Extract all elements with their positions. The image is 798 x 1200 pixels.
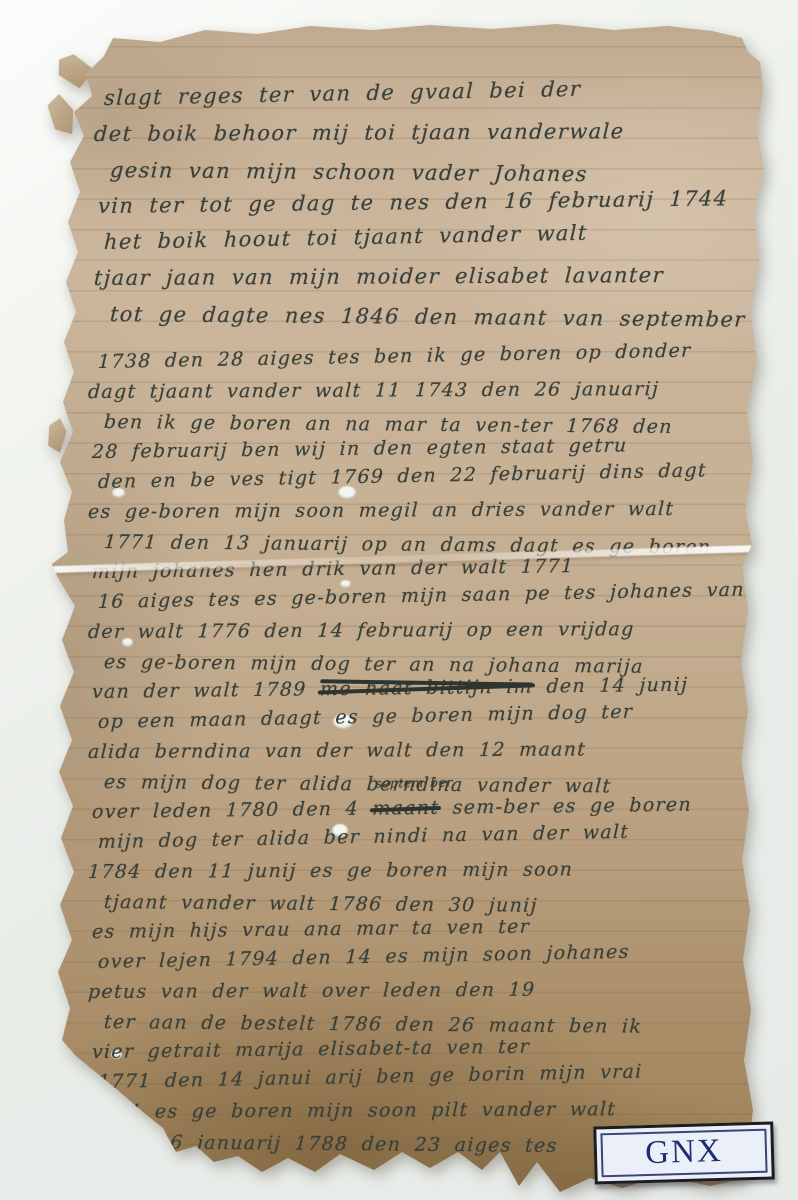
handwritten-line: 1784 es ge boren mijn soon pilt vander w… bbox=[87, 1094, 745, 1127]
handwritten-line: det boik behoor mij toi tjaan vanderwale bbox=[93, 113, 746, 152]
handwritten-line: alida berndina van der walt den 12 maant bbox=[87, 734, 745, 767]
paper-fragment bbox=[45, 92, 78, 139]
handwritten-line: dagt tjaant vander walt 11 1743 den 26 j… bbox=[87, 374, 745, 407]
inserted-correction-text: septem ber bbox=[375, 776, 453, 791]
paper-hole bbox=[60, 300, 72, 309]
struck-out-text: maantseptem ber bbox=[372, 793, 440, 824]
handwritten-line: 1784 den 11 junij es ge boren mijn soon bbox=[87, 854, 745, 887]
handwritten-line: tjaar jaan van mijn moider elisabet lava… bbox=[93, 257, 746, 296]
gnx-label-inner: GNX bbox=[600, 1129, 767, 1178]
handwritten-line: tot ge dagte nes 1846 den maant van sept… bbox=[109, 296, 747, 338]
handwritten-line: es ge-boren mijn soon megil an dries van… bbox=[87, 494, 745, 527]
photograph-of-manuscript: slagt reges ter van de gvaal bei derdet … bbox=[0, 0, 798, 1200]
register-entries-section: 1738 den 28 aiges tes ben ik ge boren op… bbox=[86, 347, 745, 1157]
handwritten-line: der walt 1776 den 14 februarij op een vr… bbox=[87, 614, 745, 647]
manuscript-paper: slagt reges ter van de gvaal bei derdet … bbox=[0, 0, 798, 1200]
gnx-label-text: GNX bbox=[645, 1134, 723, 1171]
gnx-label: GNX bbox=[593, 1121, 775, 1184]
handwritten-line: petus van der walt over leden den 19 bbox=[87, 974, 745, 1007]
paper-fragment bbox=[46, 417, 69, 453]
manuscript-paper-wrap: slagt reges ter van de gvaal bei derdet … bbox=[0, 0, 798, 1200]
register-intro-section: slagt reges ter van de gvaal bei derdet … bbox=[92, 80, 746, 332]
